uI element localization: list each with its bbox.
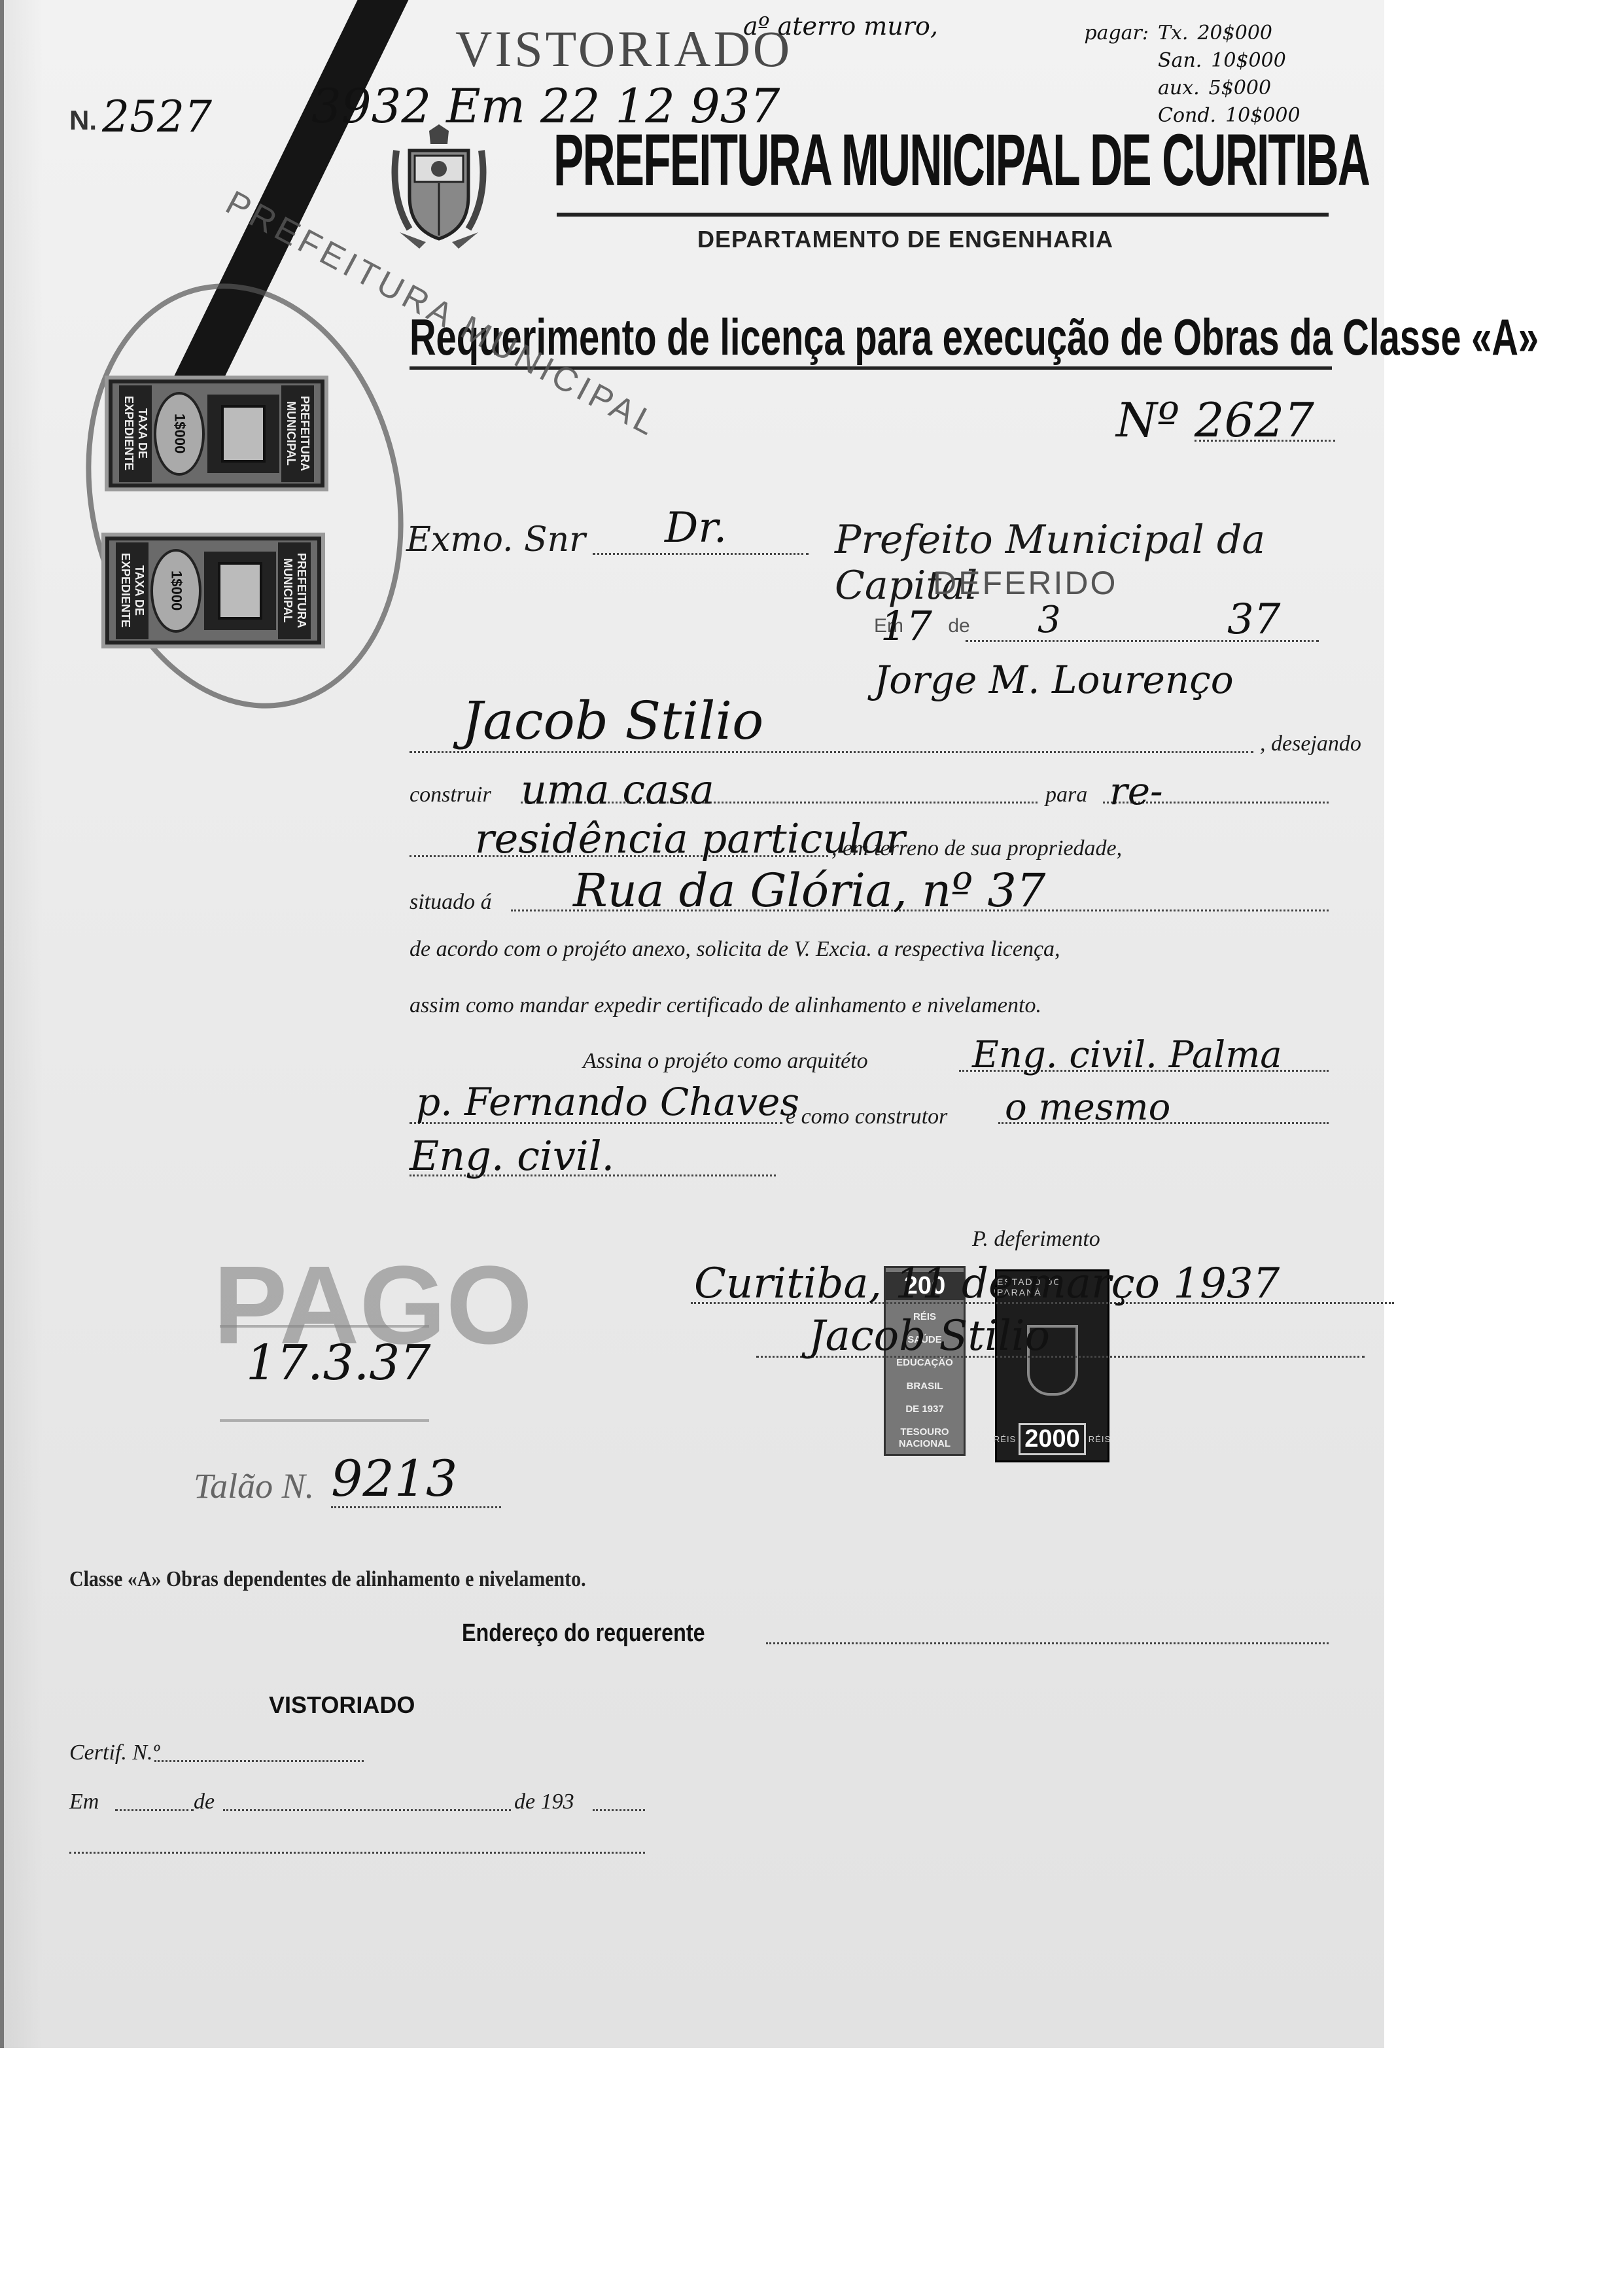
- situado-label: situado á: [410, 890, 492, 915]
- tax-row-value: 20$000: [1197, 20, 1272, 47]
- salutation-prefix: Exmo. Snr: [406, 520, 585, 559]
- number-label: N.: [69, 105, 97, 136]
- para-label: para: [1045, 783, 1087, 807]
- footer-signature-line: [69, 1852, 645, 1854]
- oval-postmark: [48, 254, 442, 739]
- reference-number-line: [1195, 440, 1335, 442]
- stamp-value: 1$000: [150, 549, 201, 633]
- footer-year-line: [593, 1809, 645, 1811]
- fee-stamp: TAXA DE EXPEDIENTE 1$000 PREFEITURA MUNI…: [109, 380, 324, 487]
- parana-stamp-unit-right: RÉIS: [1089, 1434, 1111, 1444]
- certif-line: [154, 1760, 364, 1762]
- tax-row-key: aux.: [1158, 75, 1200, 102]
- parana-stamp-value: 2000: [1019, 1423, 1086, 1455]
- endereco-label: Endereço do requerente: [462, 1619, 705, 1648]
- applicant-name: Jacob Stilio: [462, 690, 763, 751]
- pago-date: 17.3.37: [246, 1335, 430, 1391]
- header-rule: [557, 213, 1329, 217]
- tax-notes: pagar: Tx. 20$000 San. 10$000 aux. 5$000…: [1024, 20, 1365, 130]
- footer-year-label: de 193: [514, 1790, 574, 1814]
- arquiteto-value-2: p. Fernando Chaves: [416, 1080, 799, 1124]
- salutation-line: [593, 553, 809, 555]
- paragraph-line-1: de acordo com o projéto anexo, solicita …: [410, 937, 1060, 962]
- department-name: DEPARTAMENTO DE ENGENHARIA: [697, 226, 1113, 253]
- place-date: Curitiba, 11 de março 1937: [694, 1260, 1280, 1308]
- tax-row-value: 10$000: [1211, 47, 1286, 75]
- endereco-line: [766, 1642, 1329, 1644]
- handwritten-top-note: aº aterro muro,: [743, 12, 938, 41]
- parana-stamp-unit-left: RÉIS: [994, 1434, 1016, 1444]
- desejando-label: , desejando: [1260, 732, 1361, 756]
- stamp-shield-icon: [204, 552, 276, 630]
- arquiteto-label: Assina o projéto como arquitéto: [583, 1049, 868, 1074]
- construtor-value-1: o mesmo: [1005, 1086, 1170, 1129]
- footer-day-line: [115, 1809, 194, 1811]
- construtor-label: e como construtor: [786, 1104, 947, 1129]
- stamp-shield-icon: [207, 395, 279, 473]
- number-value: 2527: [102, 92, 212, 142]
- certif-label: Certif. N.º: [69, 1740, 160, 1765]
- stamp-value: 1$000: [154, 392, 205, 476]
- applicant-signature: Jacob Stilio: [809, 1312, 1050, 1360]
- talao-label: Talão N.: [194, 1466, 314, 1506]
- construir-label: construir: [410, 783, 491, 807]
- tax-row-value: 5$000: [1209, 75, 1271, 102]
- form-title: Requerimento de licença para execução de…: [410, 308, 1539, 367]
- stamp-kind: TAXA DE EXPEDIENTE: [119, 385, 152, 482]
- situado-value: Rua da Glória, nº 37: [573, 864, 1045, 917]
- stamp-issuer: PREFEITURA MUNICIPAL: [281, 385, 314, 482]
- tax-row-key: San.: [1158, 47, 1202, 75]
- talao-number: 9213: [331, 1449, 457, 1508]
- footer-month-line: [223, 1809, 511, 1811]
- deferido-stamp: DEFERIDO: [933, 564, 1117, 602]
- document-page: VISTORIADO aº aterro muro, N. 2527 3932 …: [0, 0, 1384, 2048]
- construtor-value-2: Eng. civil.: [410, 1132, 614, 1180]
- saude-stamp-text: DE 1937: [905, 1404, 943, 1415]
- coat-of-arms-icon: [390, 124, 488, 249]
- stamp-issuer: PREFEITURA MUNICIPAL: [278, 542, 311, 639]
- approval-month: 3: [1038, 599, 1061, 641]
- salutation-title: Dr.: [665, 504, 727, 552]
- paragraph-line-2: assim como mandar expedir certificado de…: [410, 993, 1041, 1018]
- tax-row-key: Tx.: [1158, 20, 1188, 47]
- approver-signature: Jorge M. Lourenço: [874, 658, 1234, 702]
- tax-notes-label: pagar:: [1024, 20, 1149, 47]
- fee-stamp: TAXA DE EXPEDIENTE 1$000 PREFEITURA MUNI…: [105, 537, 321, 645]
- construir-value: uma casa: [521, 766, 714, 813]
- applicant-line: [410, 751, 1253, 753]
- arquiteto-value-1: Eng. civil. Palma: [972, 1034, 1282, 1076]
- saude-stamp-text: BRASIL: [907, 1381, 943, 1392]
- approval-year: 37: [1227, 595, 1280, 644]
- p-deferimento: P. deferimento: [972, 1227, 1100, 1252]
- saude-stamp-text: TESOURO NACIONAL: [886, 1426, 964, 1450]
- para-value: re-: [1109, 769, 1163, 813]
- vistoriado-stamp-top: VISTORIADO: [455, 20, 792, 79]
- classe-note: Classe «A» Obras dependentes de alinhame…: [69, 1567, 586, 1592]
- footer-em-label: Em: [69, 1790, 99, 1814]
- stamp-kind: TAXA DE EXPEDIENTE: [116, 542, 148, 639]
- footer-de-label: de: [194, 1790, 215, 1814]
- vistoriado-footer: VISTORIADO: [269, 1691, 415, 1719]
- de-label: de: [948, 615, 969, 637]
- terreno-text: , em terreno de sua propriedade,: [831, 836, 1122, 861]
- institution-title: PREFEITURA MUNICIPAL DE CURITIBA: [553, 118, 1369, 202]
- approval-day: 17: [881, 602, 932, 650]
